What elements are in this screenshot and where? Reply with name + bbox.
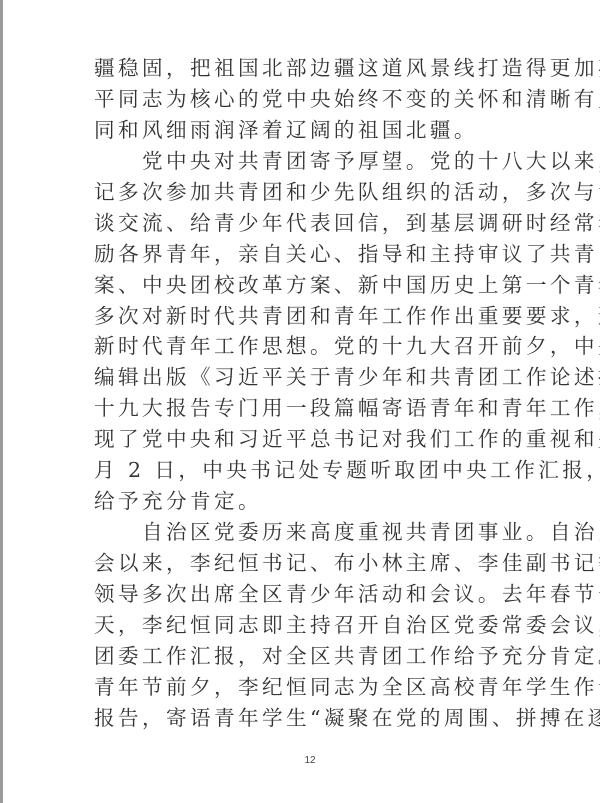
text-line: 励各界青年，亲自关心、指导和主持审议了共青团中央改革方 <box>94 239 530 270</box>
text-line: 疆稳固，把祖国北部边疆这道风景线打造得更加亮丽。以习近 <box>94 53 530 84</box>
paragraph-first-line: 党中央对共青团寄予厚望。党的十八大以来，习近平总书 <box>94 146 530 177</box>
text-line: 同和风细雨润泽着辽阔的祖国北疆。 <box>94 115 530 146</box>
text-line: 记多次参加共青团和少先队组织的活动，多次与青少年代表座 <box>94 177 530 208</box>
text-line: 天，李纪恒同志即主持召开自治区党委常委会议，听取自治区 <box>94 610 530 641</box>
text-line: 会以来，李纪恒书记、布小林主席、李佳副书记等多位自治区 <box>94 548 530 579</box>
text-line: 报告，寄语青年学生“凝聚在党的周围、拼搏在逐梦路上，为 <box>94 703 530 734</box>
text-line: 谈交流、给青少年代表回信，到基层调研时经常看望慰问和勉 <box>94 208 530 239</box>
paragraph-first-line: 自治区党委历来高度重视共青团事业。自治区第十次党代 <box>94 517 530 548</box>
text-line: 月 2 日，中央书记处专题听取团中央工作汇报，对共青团工作 <box>94 455 530 486</box>
text-line: 平同志为核心的党中央始终不变的关怀和清晰有力的指引，如 <box>94 84 530 115</box>
body-text: 疆稳固，把祖国北部边疆这道风景线打造得更加亮丽。以习近 平同志为核心的党中央始终… <box>94 53 530 734</box>
text-line: 编辑出版《习近平关于青少年和共青团工作论述摘编》；党的 <box>94 362 530 393</box>
text-line: 给予充分肯定。 <box>94 486 530 517</box>
text-line: 多次对新时代共青团和青年工作作出重要要求，形成了习近平 <box>94 301 530 332</box>
text-line: 案、中央团校改革方案、新中国历史上第一个青年发展规划， <box>94 270 530 301</box>
text-line: 新时代青年工作思想。党的十九大召开前夕，中央文献研究室 <box>94 331 530 362</box>
text-line: 十九大报告专门用一段篇幅寄语青年和青年工作，更是集中体 <box>94 393 530 424</box>
page-number: 12 <box>0 755 600 766</box>
text-line: 领导多次出席全区青少年活动和会议。去年春节长假上班第一 <box>94 579 530 610</box>
text-line: 青年节前夕，李纪恒同志为全区高校青年学生作专题形势政策 <box>94 672 530 703</box>
document-page: 疆稳固，把祖国北部边疆这道风景线打造得更加亮丽。以习近 平同志为核心的党中央始终… <box>0 0 600 803</box>
text-line: 现了党中央和习近平总书记对我们工作的重视和关心。今年 1 <box>94 424 530 455</box>
text-line: 团委工作汇报，对全区共青团工作给予充分肯定。去年“五四” <box>94 641 530 672</box>
